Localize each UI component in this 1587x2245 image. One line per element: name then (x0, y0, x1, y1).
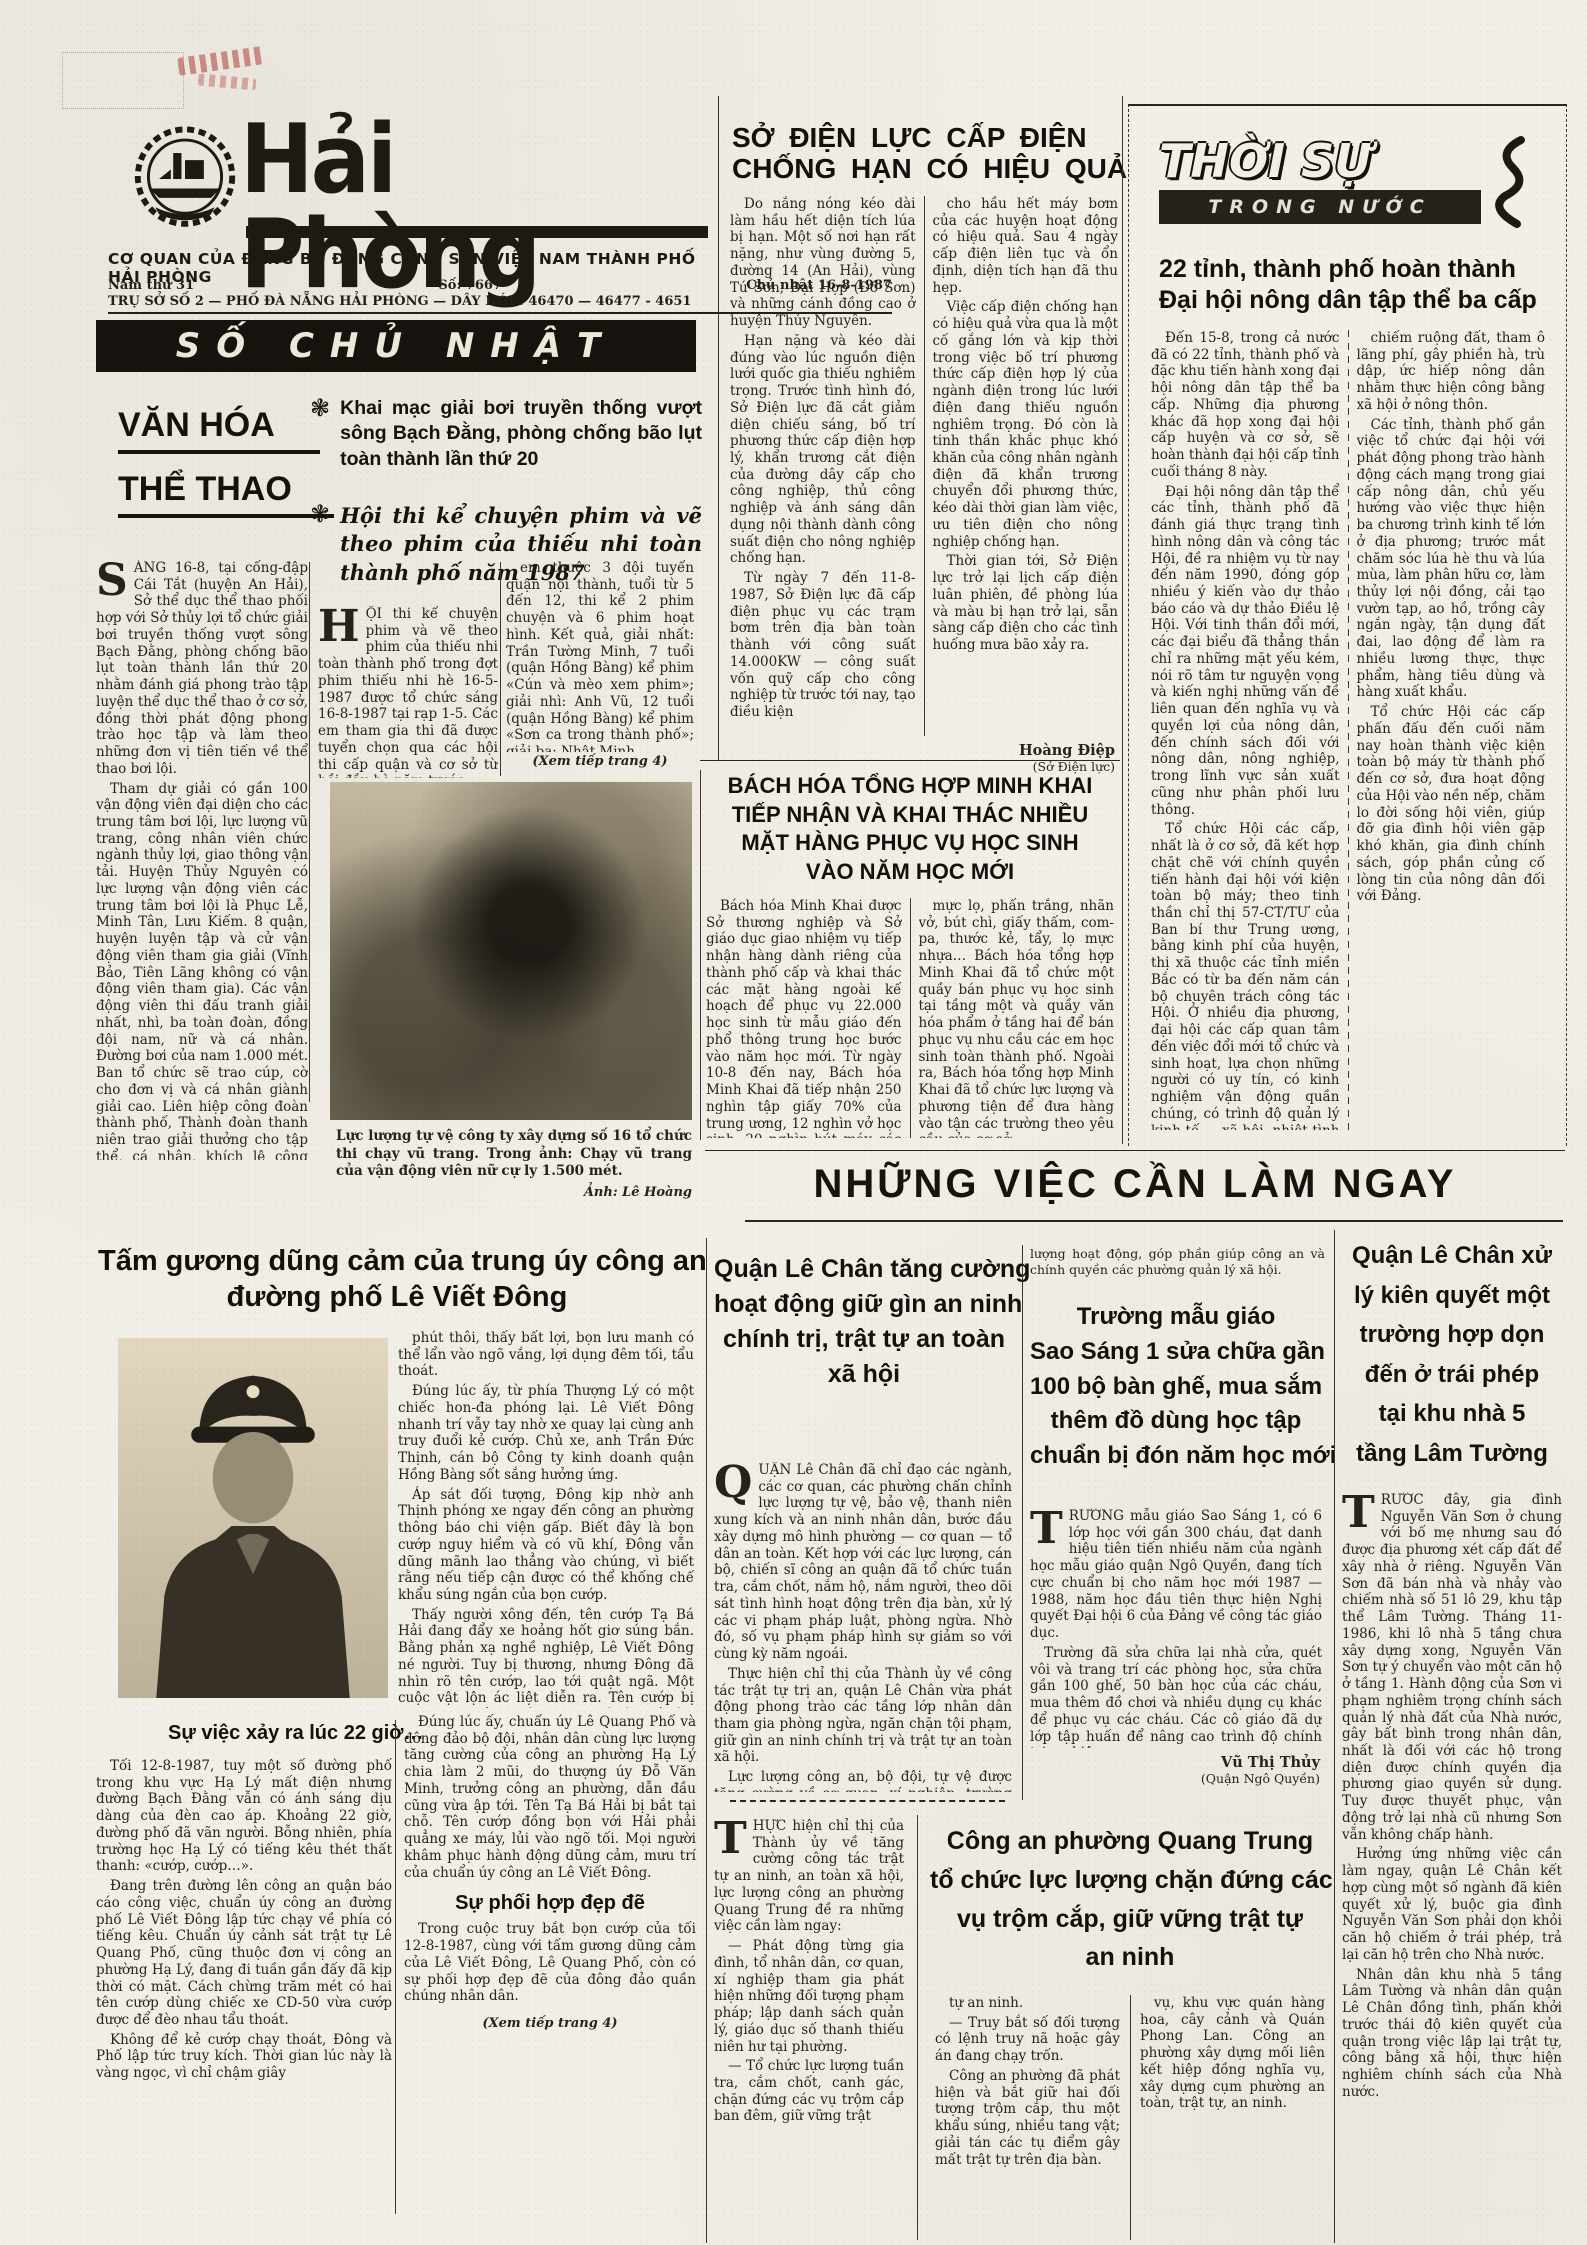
nhung-viec-banner: NHỮNG VIỆC CẦN LÀM NGAY (745, 1162, 1525, 1207)
article-headline: Quận Lê Chân xửlý kiên quyết mộttrường h… (1342, 1236, 1562, 1474)
paragraph: mực lọ, phấn trắng, nhãn vở, bút chì, gi… (919, 898, 1115, 1138)
paragraph: vụ, khu vực quán hàng hoa, cây cảnh và Q… (1140, 1995, 1325, 2112)
article-column: em thuộc 3 đội tuyển quận nội thành, tuổ… (506, 560, 694, 752)
paragraph: HỘI thi kể chuyện phim và vẽ theo phim c… (318, 606, 498, 778)
column-rule (924, 196, 925, 736)
paragraph: Do nắng nóng kéo dài làm hầu hết diện tí… (730, 196, 916, 330)
officer-portrait-photo (118, 1338, 388, 1698)
column-overflow-text: lượng hoạt động, góp phần giúp công an v… (1030, 1246, 1325, 1282)
scan-speck-box (62, 52, 184, 109)
sub-headline: Sự phối hợp đẹp đẽ (404, 1892, 696, 1915)
column-rule (706, 1238, 707, 2243)
headline-line: Đại hội nông dân tập thể ba cấp (1159, 285, 1541, 316)
headline-line: xã hội (714, 1357, 1014, 1392)
thoi-su-banner-sub: TRONG NƯỚC (1208, 196, 1431, 218)
article-column: THỰC hiện chỉ thị của Thành ủy về tăng c… (714, 1818, 904, 2238)
so-chu-nhat-banner: SỐ CHỦ NHẬT (96, 320, 696, 372)
column-rule (910, 898, 911, 1138)
paragraph: SÁNG 16-8, tại cống-đập Cái Tắt (huyện A… (96, 560, 308, 778)
byline: Hoàng Điệp (Sở Điện lực) (940, 740, 1115, 774)
paragraph: Bách hóa Minh Khai được Sở thương nghiệp… (706, 898, 902, 1138)
paragraph: Tham dự giải có gần 100 vận động viên đạ… (96, 781, 308, 1160)
headline-line: Công an phường Quang Trung (930, 1822, 1330, 1861)
paragraph: Hưởng ứng những việc cần làm ngay, quận … (1342, 1846, 1562, 1963)
column-rule (718, 96, 719, 761)
divider (705, 1150, 1565, 1151)
so-chu-nhat-label: SỐ CHỦ NHẬT (176, 326, 617, 366)
byline: Vũ Thị Thủy (Quận Ngô Quyền) (1100, 1752, 1320, 1786)
section-title: VĂN HÓA (118, 406, 275, 445)
article-headline: Tấm gương dũng cảm của trung úy công anđ… (98, 1243, 696, 1316)
article-column: TRƯỚC đây, gia đình Nguyễn Văn Sơn ở chu… (1342, 1492, 1562, 2237)
paragraph: Các tỉnh, thành phố gắn việc tổ chức đại… (1357, 417, 1546, 701)
paragraph: phút thôi, thấy bất lợi, bọn lưu manh có… (398, 1330, 694, 1380)
paragraph: Hạn nặng và kéo dài đúng vào lúc nguồn đ… (730, 333, 916, 567)
headline-line: TIẾP NHẬN VÀ KHAI THÁC NHIỀU (706, 801, 1114, 830)
divider (700, 760, 1120, 761)
article-headline: Quận Lê Chân tăng cườnghoạt động giữ gìn… (714, 1252, 1014, 1392)
paragraph: Thấy người xông đến, tên cướp Tạ Bá Hải … (398, 1607, 694, 1708)
paragraph: — Tổ chức lực lượng tuần tra, cắm chốt, … (714, 2058, 904, 2125)
paragraph: — Phát động từng gia đình, tổ nhân dân, … (714, 1938, 904, 2055)
divider (730, 1800, 1005, 1802)
paragraph: TRƯỚC đây, gia đình Nguyễn Văn Sơn ở chu… (1342, 1492, 1562, 1843)
scan-smudge (177, 46, 264, 76)
column-rule (309, 562, 310, 1102)
article-column: TRƯỜNG mẫu giáo Sao Sáng 1, có 6 lớp học… (1030, 1508, 1322, 1748)
article-column: Tối 12-8-1987, tuy một số đường phố tron… (96, 1758, 392, 2210)
paragraph: Áp sát đối tượng, Đông kịp nhờ anh Thịnh… (398, 1487, 694, 1604)
column-rule (500, 562, 501, 776)
paragraph: Tổ chức Hội các cấp phấn đấu đến cuối nă… (1357, 704, 1546, 905)
headline-line: MẶT HÀNG PHỤC VỤ HỌC SINH (706, 829, 1114, 858)
paragraph: Thời gian tới, Sở Điện lực trở lại lịch … (933, 553, 1119, 653)
masthead-emblem-icon (126, 120, 244, 238)
headline-line: Quận Lê Chân xử (1342, 1236, 1562, 1276)
headline-line: vụ trộm cắp, giữ vững trật tự (930, 1900, 1330, 1939)
photo-credit: Ảnh: Lê Hoàng (336, 1185, 692, 1202)
paragraph: Trong cuộc truy bắt bọn cướp của tối 12-… (404, 1921, 696, 2005)
column-rule (1022, 1245, 1023, 1800)
headline-line: SỞ ĐIỆN LỰC CẤP ĐIỆN (732, 122, 1118, 153)
headline-line: 22 tỉnh, thành phố hoàn thành (1159, 254, 1541, 285)
headline-line: đến ở trái phép (1342, 1355, 1562, 1395)
headline-line: Quận Lê Chân tăng cường (714, 1252, 1014, 1287)
column-rule (1334, 1230, 1335, 2243)
byline-org: (Quận Ngô Quyền) (1100, 1771, 1320, 1786)
masthead-year: Năm thứ 31 (108, 278, 194, 293)
headline-line: VÀO NĂM HỌC MỚI (706, 858, 1114, 887)
flower-bullet-icon: ❃ (310, 502, 330, 587)
article-column: Trong cuộc truy bắt bọn cướp của tối 12-… (404, 1921, 696, 2008)
continued-note: (Xem tiếp trang 4) (404, 2016, 696, 2031)
paragraph: Thực hiện chỉ thị của Thành ủy về công t… (714, 1666, 1012, 1766)
article-column: cho hầu hết máy bơm của các huyện hoạt đ… (933, 196, 1119, 736)
article-column: Đúng lúc ấy, chuẩn úy Lê Quang Phố và đô… (404, 1714, 696, 1884)
divider (745, 1220, 1563, 1222)
paragraph: Việc cấp điện chống hạn có hiệu quả vừa … (933, 299, 1119, 550)
headline-line: hoạt động giữ gìn an ninh (714, 1287, 1014, 1322)
article-headline: 22 tỉnh, thành phố hoàn thànhĐại hội nôn… (1159, 254, 1541, 317)
paragraph: Không để kẻ cướp chạy thoát, Đông và Phố… (96, 2032, 392, 2082)
article-column: HỘI thi kể chuyện phim và vẽ theo phim c… (318, 606, 498, 778)
title-underline (246, 226, 708, 238)
article-column: SÁNG 16-8, tại cống-đập Cái Tắt (huyện A… (96, 560, 308, 1160)
column-rule (1130, 1995, 1131, 2240)
masthead-issue: Số: 7667 (438, 278, 502, 293)
column-rule (700, 770, 701, 1140)
headline-line: BÁCH HÓA TỔNG HỢP MINH KHAI (706, 772, 1114, 801)
column-rule (1122, 96, 1123, 1144)
article-column: tự an ninh.— Truy bắt số đối tượng có lệ… (935, 1995, 1120, 2240)
article-column: Đến 15-8, trong cả nước đã có 22 tỉnh, t… (1151, 330, 1340, 1130)
paragraph: Tổ chức Hội các cấp, nhất là ở cơ sở, đã… (1151, 821, 1340, 1130)
article-column: phút thôi, thấy bất lợi, bọn lưu manh có… (398, 1330, 694, 1708)
headline-line: thêm đồ dùng học tập (1030, 1404, 1322, 1439)
paragraph: QUẬN Lê Chân đã chỉ đạo các ngành, các c… (714, 1462, 1012, 1663)
article-headline: Công an phường Quang Trungtổ chức lực lư… (930, 1822, 1330, 1977)
section-title-underline (118, 514, 334, 518)
paragraph: cho hầu hết máy bơm của các huyện hoạt đ… (933, 196, 1119, 296)
sub-headline: Khai mạc giải bơi truyền thống vượt sông… (340, 396, 702, 472)
swim-race-photo (330, 782, 692, 1120)
headline-line: Tấm gương dũng cảm của trung úy công an (98, 1243, 696, 1279)
paragraph: Đến 15-8, trong cả nước đã có 22 tỉnh, t… (1151, 330, 1340, 481)
paragraph: Đúng lúc ấy, chuẩn úy Lê Quang Phố và đô… (404, 1714, 696, 1881)
article-column: mực lọ, phấn trắng, nhãn vở, bút chì, gi… (919, 898, 1115, 1138)
headline-line: 100 bộ bàn ghế, mua sắm (1030, 1370, 1322, 1405)
thoi-su-banner: THỜI SỰ (1159, 134, 1372, 188)
article-column: vụ, khu vực quán hàng hoa, cây cảnh và Q… (1140, 1995, 1325, 2240)
section-title: THỂ THAO (118, 470, 292, 509)
thoi-su-banner-bar: TRONG NƯỚC (1159, 190, 1481, 224)
photo-caption: Lực lượng tự vệ công ty xây dựng số 16 t… (336, 1128, 692, 1202)
ornament-swirl-icon (1485, 136, 1537, 232)
headline-line: CHỐNG HẠN CÓ HIỆU QUẢ (732, 153, 1118, 184)
headline-line: chuẩn bị đón năm học mới (1030, 1439, 1322, 1474)
paragraph: Lực lượng công an, bộ đội, tự vệ được tă… (714, 1769, 1012, 1792)
paragraph: THỰC hiện chỉ thị của Thành ủy về tăng c… (714, 1818, 904, 1935)
byline-name: Vũ Thị Thủy (1221, 1754, 1320, 1771)
paragraph: Đúng lúc ấy, từ phía Thượng Lý có một ch… (398, 1383, 694, 1483)
headline-line: Sao Sáng 1 sửa chữa gần (1030, 1335, 1322, 1370)
headline-line: trường hợp dọn (1342, 1315, 1562, 1355)
newspaper-page: Hải Phòng CƠ QUAN CỦA ĐẢNG BỘ ĐẢNG CỘNG … (0, 0, 1587, 2245)
headline-line: tại khu nhà 5 (1342, 1394, 1562, 1434)
headline-line: tầng Lâm Tường (1342, 1434, 1562, 1474)
byline-name: Hoàng Điệp (1019, 742, 1115, 759)
thoi-su-box: THỜI SỰ TRONG NƯỚC 22 tỉnh, thành phố ho… (1128, 104, 1567, 1146)
flower-bullet-icon: ❃ (310, 396, 330, 472)
section-title-underline (118, 450, 320, 454)
paragraph: Từ ngày 7 đến 11-8-1987, Sở Điện lực đã … (730, 570, 916, 721)
scan-smudge (198, 73, 257, 90)
paragraph: chiếm ruộng đất, tham ô lãng phí, gây ph… (1357, 330, 1546, 414)
article-headline: BÁCH HÓA TỔNG HỢP MINH KHAITIẾP NHẬN VÀ … (706, 772, 1114, 886)
paragraph: em thuộc 3 đội tuyển quận nội thành, tuổ… (506, 560, 694, 752)
paragraph: Công an phường đã phát hiện và bắt giữ h… (935, 2068, 1120, 2168)
paragraph: TRƯỜNG mẫu giáo Sao Sáng 1, có 6 lớp học… (1030, 1508, 1322, 1642)
article-column: Bách hóa Minh Khai được Sở thương nghiệp… (706, 898, 902, 1138)
continued-note: (Xem tiếp trang 4) (506, 754, 694, 769)
article-headline: Trường mẫu giáoSao Sáng 1 sửa chữa gần10… (1030, 1300, 1322, 1474)
column-rule (917, 1815, 918, 2240)
paragraph: Đại hội nông dân tập thể các tỉnh, thành… (1151, 484, 1340, 819)
paragraph: Đang trên đường lên công an quận báo cáo… (96, 1878, 392, 2029)
paragraph: — Truy bắt số đối tượng có lệnh truy nã … (935, 2015, 1120, 2065)
article-column: chiếm ruộng đất, tham ô lãng phí, gây ph… (1357, 330, 1546, 1130)
headline-line: đường phố Lê Viết Đông (98, 1279, 696, 1315)
headline-line: Trường mẫu giáo (1030, 1300, 1322, 1335)
paragraph: tự an ninh. (935, 1995, 1120, 2012)
headline-line: lý kiên quyết một (1342, 1276, 1562, 1316)
article-headline: SỞ ĐIỆN LỰC CẤP ĐIỆNCHỐNG HẠN CÓ HIỆU QU… (732, 122, 1118, 185)
column-rule (1348, 330, 1349, 1130)
headline-line: chính trị, trật tự an toàn (714, 1322, 1014, 1357)
paragraph: Nhân dân khu nhà 5 tầng Lâm Tường và nhâ… (1342, 1967, 1562, 2101)
article-column: Do nắng nóng kéo dài làm hầu hết diện tí… (730, 196, 916, 736)
headline-line: an ninh (930, 1938, 1330, 1977)
paragraph: Trường đã sửa chữa lại nhà cửa, quét vôi… (1030, 1645, 1322, 1748)
column-rule (395, 1720, 396, 2214)
paragraph: Tối 12-8-1987, tuy một số đường phố tron… (96, 1758, 392, 1875)
article-column: QUẬN Lê Chân đã chỉ đạo các ngành, các c… (714, 1462, 1012, 1792)
headline-line: tổ chức lực lượng chặn đứng các (930, 1861, 1330, 1900)
